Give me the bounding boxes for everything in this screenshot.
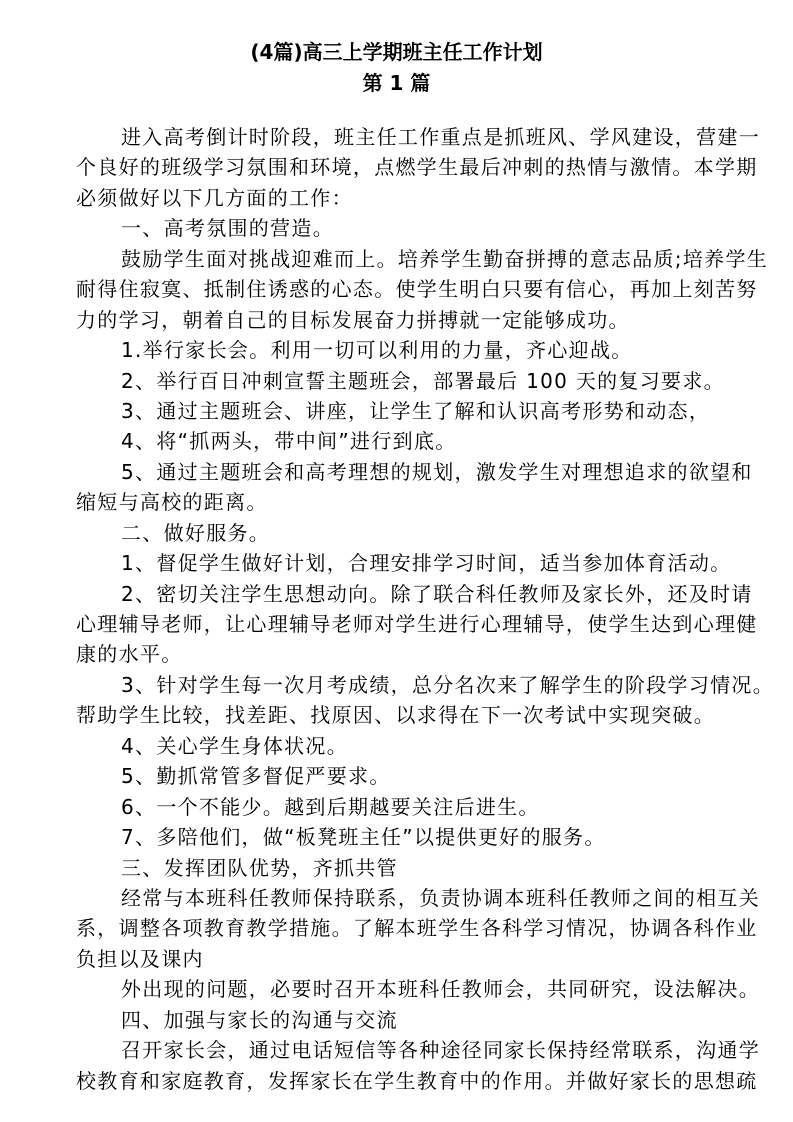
paragraph-line: 鼓励学生面对挑战迎难而上。培养学生勤奋拼搏的意志品质;培养学生	[76, 244, 766, 274]
list-item: 2、密切关注学生思想动向。除了联合科任教师及家长外，还及时请	[76, 579, 766, 609]
list-item: 6、一个不能少。越到后期越要关注后进生。	[76, 792, 766, 822]
section-heading-line: 三、发挥团队优势，齐抓共管	[76, 853, 766, 883]
list-item: 4、将“抓两头，带中间”进行到底。	[76, 426, 766, 456]
section-heading-line: 一、高考氛围的营造。	[76, 213, 766, 243]
list-item: 5、通过主题班会和高考理想的规划，激发学生对理想追求的欲望和	[76, 457, 766, 487]
section-heading-line: 四、加强与家长的沟通与交流	[76, 1005, 766, 1035]
document-body: 进入高考倒计时阶段，班主任工作重点是抓班风、学风建设，营建一 个良好的班级学习氛…	[76, 122, 766, 1096]
section-heading: 第 1 篇	[0, 68, 793, 98]
list-item-continuation: 帮助学生比较，找差距、找原因、以求得在下一次考试中实现突破。	[76, 700, 766, 730]
list-item: 3、通过主题班会、讲座，让学生了解和认识高考形势和动态，	[76, 396, 766, 426]
list-item: 3、针对学生每一次月考成绩，总分名次来了解学生的阶段学习情况。	[76, 670, 766, 700]
list-item-continuation: 康的水平。	[76, 639, 766, 669]
list-item: 2、举行百日冲刺宣誓主题班会，部署最后 100 天的复习要求。	[76, 366, 766, 396]
list-item-continuation: 缩短与高校的距离。	[76, 487, 766, 517]
list-item: 1、督促学生做好计划，合理安排学习时间，适当参加体育活动。	[76, 548, 766, 578]
paragraph-line: 负担以及课内	[76, 944, 766, 974]
list-item: 4、关心学生身体状况。	[76, 731, 766, 761]
list-item: 7、多陪他们，做“板凳班主任”以提供更好的服务。	[76, 822, 766, 852]
list-item-continuation: 心理辅导老师，让心理辅导老师对学生进行心理辅导，使学生达到心理健	[76, 609, 766, 639]
document-title: (4篇)高三上学期班主任工作计划	[0, 37, 793, 67]
paragraph-line: 经常与本班科任教师保持联系，负责协调本班科任教师之间的相互关	[76, 883, 766, 913]
section-heading-line: 二、做好服务。	[76, 518, 766, 548]
paragraph-line: 校教育和家庭教育，发挥家长在学生教育中的作用。并做好家长的思想疏	[76, 1066, 766, 1096]
list-item: 5、勤抓常管多督促严要求。	[76, 761, 766, 791]
paragraph-line: 进入高考倒计时阶段，班主任工作重点是抓班风、学风建设，营建一	[76, 122, 766, 152]
paragraph-line: 系，调整各项教育教学措施。了解本班学生各科学习情况，协调各科作业	[76, 913, 766, 943]
paragraph-line: 外出现的问题，必要时召开本班科任教师会，共同研究，设法解决。	[76, 974, 766, 1004]
paragraph-line: 必须做好以下几方面的工作：	[76, 183, 766, 213]
paragraph-line: 召开家长会，通过电话短信等各种途径同家长保持经常联系，沟通学	[76, 1035, 766, 1065]
list-item: 1.举行家长会。利用一切可以利用的力量，齐心迎战。	[76, 335, 766, 365]
paragraph-line: 力的学习，朝着自己的目标发展奋力拼搏就一定能够成功。	[76, 305, 766, 335]
paragraph-line: 个良好的班级学习氛围和环境，点燃学生最后冲刺的热情与激情。本学期	[76, 152, 766, 182]
document-page: (4篇)高三上学期班主任工作计划 第 1 篇 进入高考倒计时阶段，班主任工作重点…	[0, 0, 793, 1122]
paragraph-line: 耐得住寂寞、抵制住诱惑的心态。使学生明白只要有信心，再加上刻苦努	[76, 274, 766, 304]
